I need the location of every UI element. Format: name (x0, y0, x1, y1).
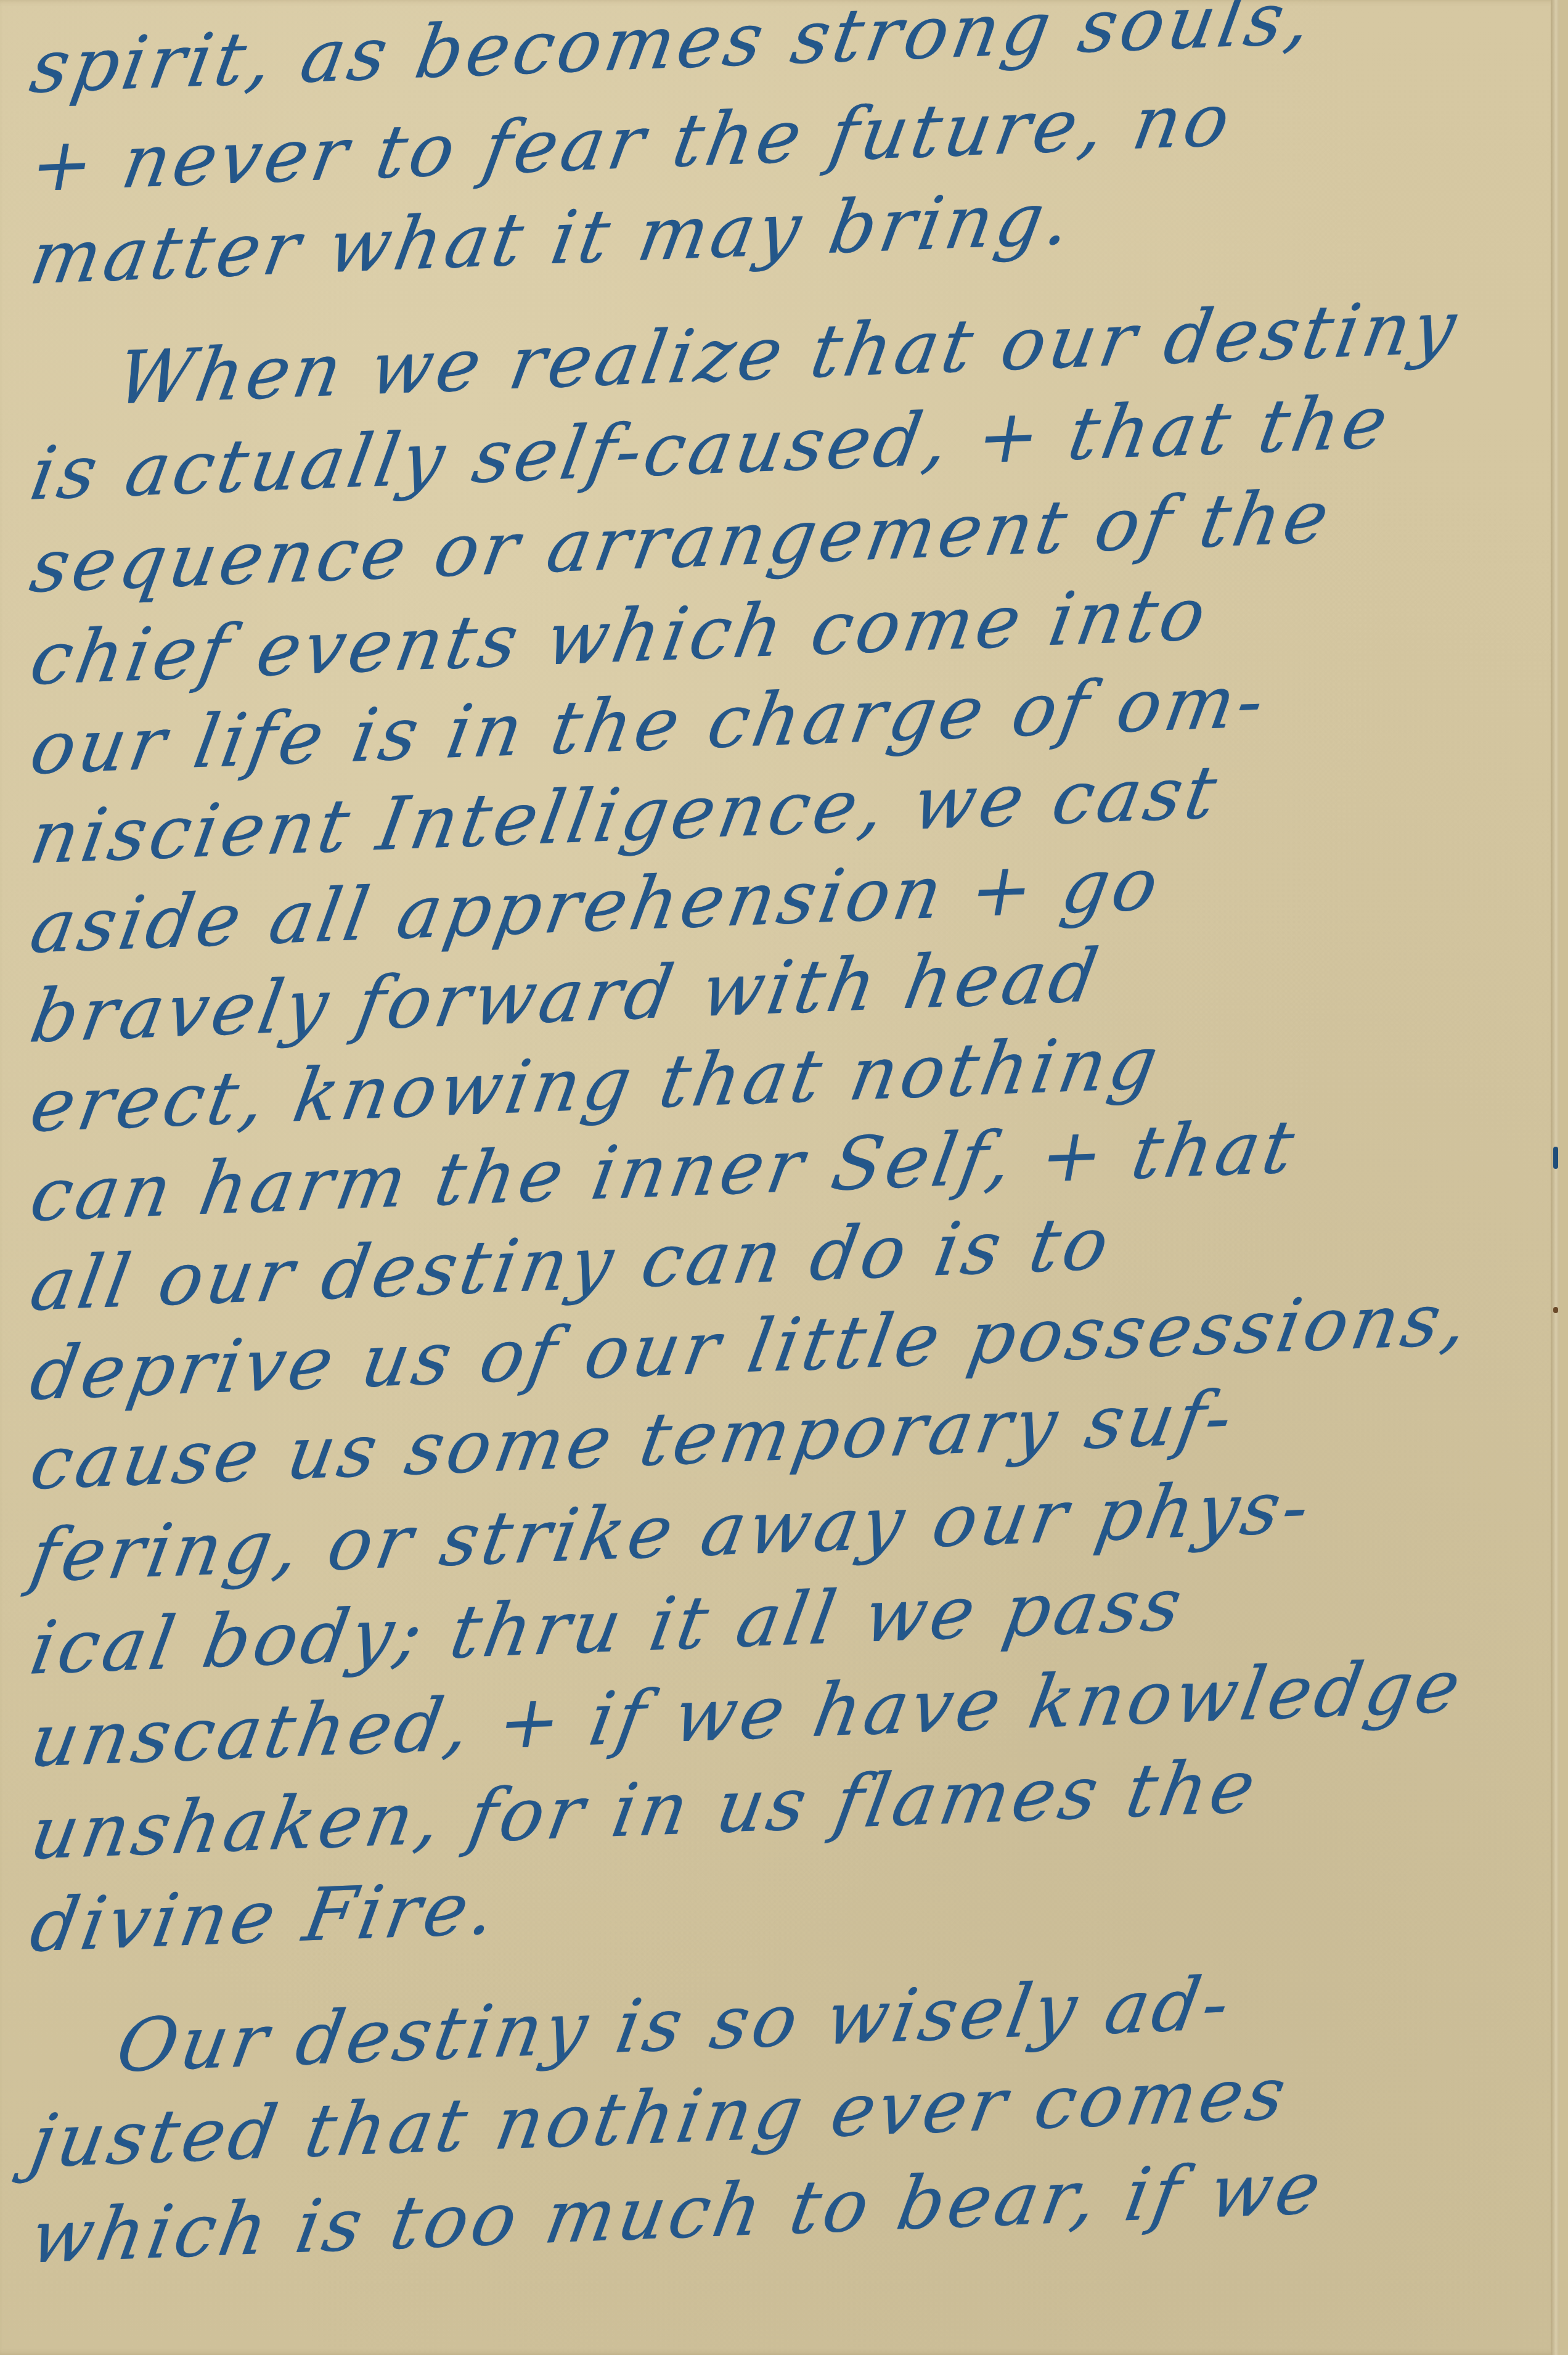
text-line: divine Fire. (25, 1865, 505, 1968)
page-edge (1551, 0, 1559, 2355)
ink-mark (1553, 1307, 1558, 1313)
manuscript-page: spirit, as becomes strong souls, + never… (0, 0, 1559, 2355)
ink-mark (1553, 1147, 1558, 1169)
